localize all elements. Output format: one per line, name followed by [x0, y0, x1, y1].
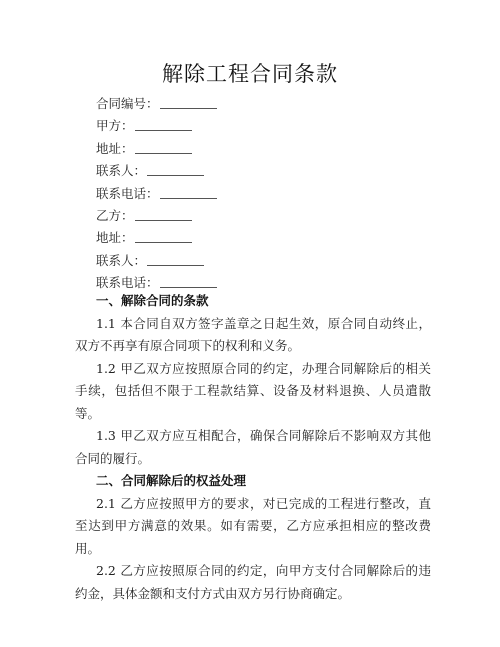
field-label: 联系人： [96, 253, 146, 268]
section-termination-terms: 一、解除合同的条款 1.1 本合同自双方签字盖章之日起生效，原合同自动终止，双方… [75, 290, 431, 470]
section-heading: 二、合同解除后的权益处理 [75, 470, 431, 493]
field-label: 联系电话： [96, 275, 159, 290]
field-label: 甲方： [96, 118, 134, 133]
blank-line [147, 163, 204, 176]
field-contract-number: 合同编号： [96, 93, 217, 115]
section-post-termination-rights: 二、合同解除后的权益处理 2.1 乙方应按照甲方的要求，对已完成的工程进行整改，… [75, 470, 431, 605]
document-page: 解除工程合同条款 合同编号： 甲方： 地址： 联系人： 联系电话： 乙方： 地址… [0, 0, 500, 647]
clause-1-2: 1.2 甲乙双方应按照原合同的约定，办理合同解除后的相关手续，包括但不限于工程款… [75, 358, 431, 426]
clause-2-1: 2.1 乙方应按照甲方的要求，对已完成的工程进行整改，直至达到甲方满意的效果。如… [75, 493, 431, 561]
field-party-a: 甲方： [96, 115, 217, 137]
blank-line [135, 208, 192, 221]
field-party-a-contact: 联系人： [96, 160, 217, 182]
document-body: 一、解除合同的条款 1.1 本合同自双方签字盖章之日起生效，原合同自动终止，双方… [75, 290, 431, 605]
blank-line [135, 230, 192, 243]
field-party-a-address: 地址： [96, 138, 217, 160]
blank-line [160, 275, 217, 288]
field-party-b-address: 地址： [96, 227, 217, 249]
blank-line [135, 141, 192, 154]
field-label: 联系电话： [96, 186, 159, 201]
field-label: 地址： [96, 141, 134, 156]
clause-2-2: 2.2 乙方应按照原合同的约定，向甲方支付合同解除后的违约金，具体金额和支付方式… [75, 560, 431, 605]
document-title: 解除工程合同条款 [0, 58, 500, 88]
field-party-b-contact: 联系人： [96, 250, 217, 272]
blank-line [160, 186, 217, 199]
field-label: 联系人： [96, 163, 146, 178]
field-label: 地址： [96, 230, 134, 245]
blank-line [135, 118, 192, 131]
clause-1-1: 1.1 本合同自双方签字盖章之日起生效，原合同自动终止，双方不再享有原合同项下的… [75, 313, 431, 358]
field-label: 乙方： [96, 208, 134, 223]
field-party-a-phone: 联系电话： [96, 183, 217, 205]
clause-1-3: 1.3 甲乙双方应互相配合，确保合同解除后不影响双方其他合同的履行。 [75, 425, 431, 470]
blank-line [147, 253, 204, 266]
blank-line [160, 96, 217, 109]
section-heading: 一、解除合同的条款 [75, 290, 431, 313]
field-party-b: 乙方： [96, 205, 217, 227]
field-label: 合同编号： [96, 96, 159, 111]
contract-info-fields: 合同编号： 甲方： 地址： 联系人： 联系电话： 乙方： 地址： 联系人： 联系… [96, 93, 217, 295]
